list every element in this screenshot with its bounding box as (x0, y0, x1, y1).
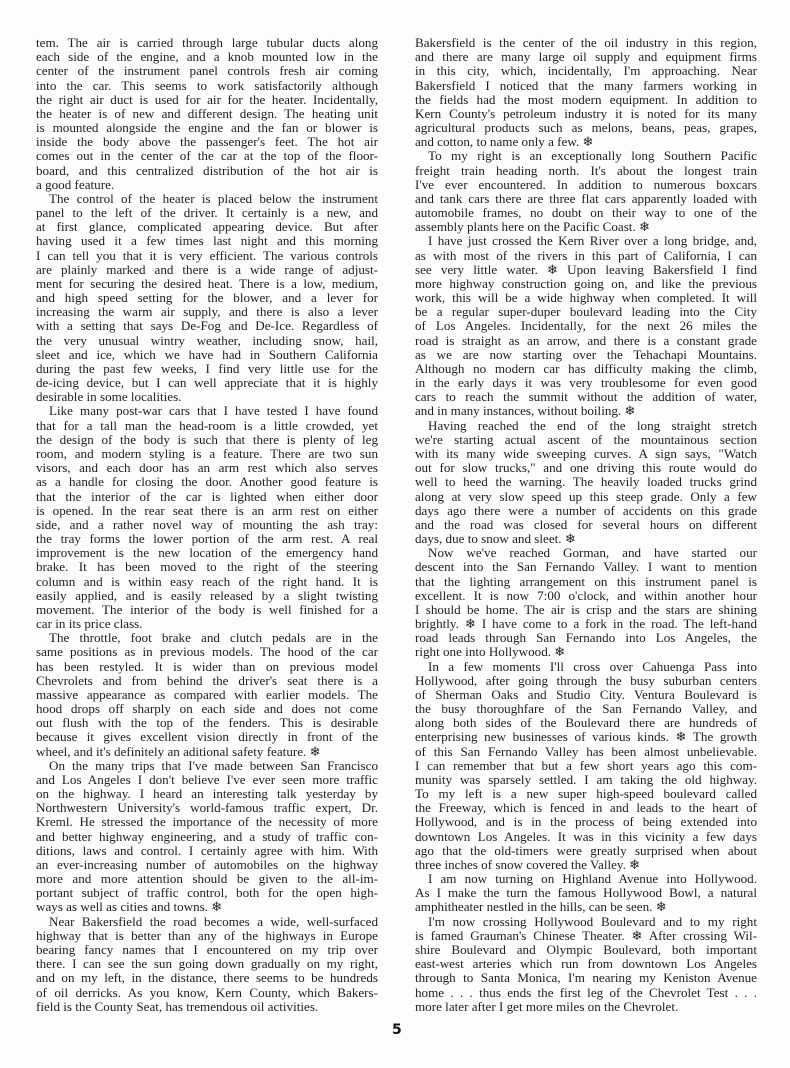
paragraph: I'm now crossing Hollywood Boulevard and… (415, 915, 757, 1014)
text-line: portant subject of traffic control, both… (36, 886, 378, 900)
text-line: munity was sparsely settled. I am taking… (415, 773, 757, 787)
paragraph: To my right is an exceptionally long Sou… (415, 149, 757, 234)
paragraph: Like many post-war cars that I have test… (36, 404, 378, 631)
paragraph: Bakersfield is the center of the oil ind… (415, 36, 757, 149)
paragraph: The control of the heater is placed belo… (36, 192, 378, 405)
text-line: along at very slow speed up this steep g… (415, 490, 757, 504)
text-line: board, and this centralized distribution… (36, 164, 378, 178)
text-line: of Sherman Oaks and Studio City. Ventura… (415, 688, 757, 702)
text-line: panel to the left of the driver. It cert… (36, 206, 378, 220)
text-line: more later after I get more miles on the… (415, 1000, 757, 1014)
text-line: of this San Fernando Valley has been alm… (415, 745, 757, 759)
text-line: Bakersfield is the center of the oil ind… (415, 36, 757, 50)
text-line: brake. It has been moved to the right of… (36, 560, 378, 574)
text-line: that the interior of the car is lighted … (36, 490, 378, 504)
text-line: amphitheater nestled in the hills, can b… (415, 900, 757, 914)
text-line: easily applied, and is easily released b… (36, 589, 378, 603)
text-line: excellent. It is now 7:00 o'clock, and w… (415, 589, 757, 603)
text-line: field is the County Seat, has tremendous… (36, 1000, 378, 1014)
text-line: into the car. This seems to work satisfa… (36, 79, 378, 93)
text-line: out flush with the top of the fenders. T… (36, 716, 378, 730)
text-line: the right air duct is used for air for t… (36, 93, 378, 107)
right-text-column: Bakersfield is the center of the oil ind… (415, 36, 757, 1014)
text-line: that the lighting arrangement on this in… (415, 575, 757, 589)
text-line: ago that the old-timers were greatly sur… (415, 844, 757, 858)
text-line: the heater is of new and different desig… (36, 107, 378, 121)
text-line: center of the instrument panel controls … (36, 64, 378, 78)
text-line: descent into the San Fernando Valley. I … (415, 560, 757, 574)
text-line: days ago there were a number of accident… (415, 504, 757, 518)
text-line: of Los Angeles. Incidentally, for the ne… (415, 319, 757, 333)
text-line: right one into Hollywood. ❄ (415, 645, 757, 659)
text-line: three inches of snow covered the Valley.… (415, 858, 757, 872)
paragraph: Near Bakersfield the road becomes a wide… (36, 915, 378, 1014)
text-line: during the past few weeks, I find very l… (36, 362, 378, 376)
paragraph: Now we've reached Gorman, and have start… (415, 546, 757, 659)
text-line: Bakersfield I noticed that the many farm… (415, 79, 757, 93)
text-line: comes out in the center of the car at th… (36, 149, 378, 163)
text-line: as we are now starting over the Tehachap… (415, 348, 757, 362)
paragraph: Having reached the end of the long strai… (415, 419, 757, 547)
text-line: visors, and each door has an arm rest wh… (36, 461, 378, 475)
text-line: downtown Los Angeles. It was in this vic… (415, 830, 757, 844)
text-line: through to Santa Monica, I'm nearing my … (415, 971, 757, 985)
text-line: well to heed the warning. The heavily lo… (415, 475, 757, 489)
text-line: and high speed setting for the blower, a… (36, 291, 378, 305)
text-line: more and more attention should be given … (36, 872, 378, 886)
text-line: with a setting that says De-Fog and De-I… (36, 319, 378, 333)
text-line: Kreml. He stressed the importance of the… (36, 815, 378, 829)
text-line: sleet and ice, which we have had in Sout… (36, 348, 378, 362)
text-line: automobile frames, no doubt on their way… (415, 206, 757, 220)
text-line: assembly plants here on the Pacific Coas… (415, 220, 757, 234)
paragraph: tem. The air is carried through large tu… (36, 36, 378, 192)
text-line: out for slow trucks," and one driving th… (415, 461, 757, 475)
text-line: that for a tall man the head-room is a l… (36, 419, 378, 433)
text-line: in the early days it was very troublesom… (415, 376, 757, 390)
text-line: Now we've reached Gorman, and have start… (415, 546, 757, 560)
text-line: The control of the heater is placed belo… (36, 192, 378, 206)
text-line: As I make the turn the famous Hollywood … (415, 886, 757, 900)
text-line: massive appearance as compared with earl… (36, 688, 378, 702)
text-line: I am now turning on Highland Avenue into… (415, 872, 757, 886)
paragraph: The throttle, foot brake and clutch peda… (36, 631, 378, 759)
text-line: desirable in some localities. (36, 390, 378, 404)
text-line: a good feature. (36, 178, 378, 192)
text-line: increasing the warm air supply, and ther… (36, 305, 378, 319)
text-line: column and is within easy reach of the r… (36, 575, 378, 589)
text-line: and cotton, to name only a few. ❄ (415, 135, 757, 149)
text-line: and better highway engineering, and a st… (36, 830, 378, 844)
text-line: tem. The air is carried through large tu… (36, 36, 378, 50)
text-line: work, this will be a wide highway when c… (415, 291, 757, 305)
text-line: side, and a rather novel way of mounting… (36, 518, 378, 532)
text-line: the very unusual wintry weather, includi… (36, 334, 378, 348)
text-line: Like many post-war cars that I have test… (36, 404, 378, 418)
left-text-column: tem. The air is carried through large tu… (36, 36, 378, 1014)
text-line: is opened. In the rear seat there is an … (36, 504, 378, 518)
text-line: as a handle for closing the door. Anothe… (36, 475, 378, 489)
text-line: the fields had the most modern equipment… (415, 93, 757, 107)
text-line: ways as well as cities and towns. ❄ (36, 900, 378, 914)
text-line: and the road was closed for several hour… (415, 518, 757, 532)
text-line: Hollywood, and is in the process of bein… (415, 815, 757, 829)
text-line: highway that is better than any of the h… (36, 929, 378, 943)
text-line: has been restyled. It is wider than on p… (36, 660, 378, 674)
page-number: 5 (392, 1022, 402, 1038)
text-line: To my left is a new super high-speed bou… (415, 787, 757, 801)
text-line: because it gives excellent vision direct… (36, 730, 378, 744)
text-line: Near Bakersfield the road becomes a wide… (36, 915, 378, 929)
text-line: room, and modern styling is a feature. T… (36, 447, 378, 461)
text-line: shire Boulevard and Olympic Boulevard, b… (415, 943, 757, 957)
text-line: in this city, which, incidentally, I'm a… (415, 64, 757, 78)
text-line: Having reached the end of the long strai… (415, 419, 757, 433)
text-line: the design of the body is such that ther… (36, 433, 378, 447)
text-line: car in its price class. (36, 617, 378, 631)
text-line: and on my left, in the distance, there s… (36, 971, 378, 985)
text-line: ment for securing the desired heat. Ther… (36, 277, 378, 291)
paragraph: I am now turning on Highland Avenue into… (415, 872, 757, 915)
text-line: agricultural products such as melons, be… (415, 121, 757, 135)
text-line: be a regular super-duper boulevard leadi… (415, 305, 757, 319)
text-line: along both sides of the Boulevard there … (415, 716, 757, 730)
text-line: there. I can see the sun going down grad… (36, 957, 378, 971)
text-line: bearing fancy names that I encountered o… (36, 943, 378, 957)
text-line: of oil derricks. As you know, Kern Count… (36, 986, 378, 1000)
text-line: I should be home. The air is crisp and t… (415, 603, 757, 617)
text-line: I can tell you that it is very efficient… (36, 249, 378, 263)
text-line: Chevrolets and from behind the driver's … (36, 674, 378, 688)
text-line: Hollywood, after going through the busy … (415, 674, 757, 688)
text-line: the busy thoroughfare of the San Fernand… (415, 702, 757, 716)
text-line: the Freeway, which is fenced in and lead… (415, 801, 757, 815)
text-line: I have just crossed the Kern River over … (415, 234, 757, 248)
text-line: an ever-increasing number of automobiles… (36, 858, 378, 872)
text-line: more highway construction going on, and … (415, 277, 757, 291)
text-line: the tray forms the lower portion of the … (36, 532, 378, 546)
text-line: and tank cars there are three flat cars … (415, 192, 757, 206)
text-line: and there are many large oil supply and … (415, 50, 757, 64)
text-line: we're starting actual ascent of the moun… (415, 433, 757, 447)
paragraph: I have just crossed the Kern River over … (415, 234, 757, 418)
text-line: see very little water. ❄ Upon leaving Ba… (415, 263, 757, 277)
text-line: movement. The interior of the body is we… (36, 603, 378, 617)
text-line: and Los Angeles I don't believe I've eve… (36, 773, 378, 787)
text-line: inside the body above the passenger's fe… (36, 135, 378, 149)
text-line: having used it a few times last night an… (36, 234, 378, 248)
text-line: are plainly marked and there is a wide r… (36, 263, 378, 277)
text-line: To my right is an exceptionally long Sou… (415, 149, 757, 163)
text-line: hood drops off sharply on each side and … (36, 702, 378, 716)
text-line: as with most of the rivers in this part … (415, 249, 757, 263)
text-line: road leads through San Fernando into Los… (415, 631, 757, 645)
text-line: Although no modern car has difficulty ma… (415, 362, 757, 376)
text-line: On the many trips that I've made between… (36, 759, 378, 773)
text-line: I'm now crossing Hollywood Boulevard and… (415, 915, 757, 929)
text-line: Northwestern University's world-famous t… (36, 801, 378, 815)
text-line: freight train heading north. It's about … (415, 164, 757, 178)
text-line: same positions as in previous models. Th… (36, 645, 378, 659)
paragraph: On the many trips that I've made between… (36, 759, 378, 915)
document-page: tem. The air is carried through large tu… (0, 0, 790, 1068)
text-line: with its many wide sweeping curves. A si… (415, 447, 757, 461)
text-line: east-west arteries which run from downto… (415, 957, 757, 971)
text-line: improvement is the new location of the e… (36, 546, 378, 560)
text-line: is famed Grauman's Chinese Theater. ❄ Af… (415, 929, 757, 943)
text-line: brightly. ❄ I have come to a fork in the… (415, 617, 757, 631)
text-line: Kern County's petroleum industry it is n… (415, 107, 757, 121)
text-line: I've ever encountered. In addition to nu… (415, 178, 757, 192)
text-line: In a few moments I'll cross over Cahueng… (415, 660, 757, 674)
text-line: is mounted alongside the engine and the … (36, 121, 378, 135)
text-line: road is straight as an arrow, and there … (415, 334, 757, 348)
text-line: The throttle, foot brake and clutch peda… (36, 631, 378, 645)
text-line: each side of the engine, and a knob moun… (36, 50, 378, 64)
text-line: de-icing device, but I can well apprecia… (36, 376, 378, 390)
paragraph: In a few moments I'll cross over Cahueng… (415, 660, 757, 873)
text-line: days, due to snow and sleet. ❄ (415, 532, 757, 546)
text-line: at first glance, complicated appearing d… (36, 220, 378, 234)
text-line: on the highway. I heard an interesting t… (36, 787, 378, 801)
text-line: wheel, and it's definitely an aditional … (36, 745, 378, 759)
text-line: enterprising new businesses of various k… (415, 730, 757, 744)
text-line: home . . . thus ends the first leg of th… (415, 986, 757, 1000)
text-line: I can remember that but a few short year… (415, 759, 757, 773)
text-line: ditions, laws and control. I certainly a… (36, 844, 378, 858)
text-line: and in many instances, without boiling. … (415, 404, 757, 418)
text-line: cars to reach the summit without the add… (415, 390, 757, 404)
